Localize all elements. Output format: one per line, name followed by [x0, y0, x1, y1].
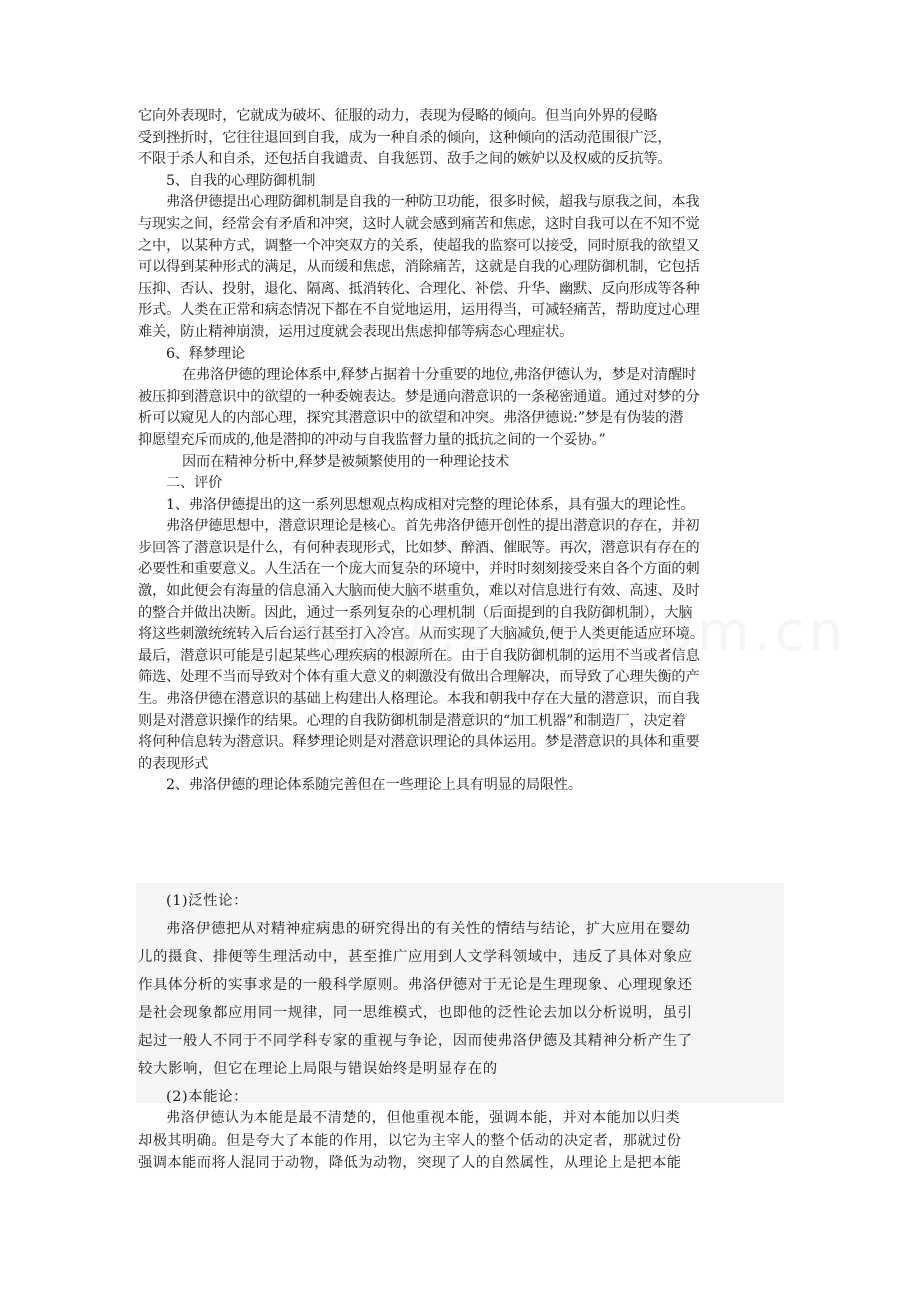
text-line: 筛选、处理不当而导致对个体有重大意义的刺激没有做出合理解决，而导致了心理失衡的产 — [138, 667, 784, 689]
text-line: 生。弗洛伊德在潜意识的基础上构建出人格理论。本我和朝我中存在大量的潜意识，而自我 — [138, 689, 784, 711]
text-line: 较大影响，但它在理论上局限与错误始终是明显存在的 — [138, 1055, 784, 1083]
text-line: 1、弗洛伊德提出的这一系列思想观点构成相对完整的理论体系，具有强大的理论性。 — [138, 495, 784, 517]
document-body: 它向外表现时，它就成为破坏、征服的动力，表现为侵略的倾向。但当向外界的侵略受到挫… — [138, 106, 784, 797]
text-line: 则是对潜意识操作的结果。心理的自我防御机制是潜意识的“加工机器”和制造厂，决定着 — [138, 711, 784, 733]
text-line: 弗洛伊德认为本能是最不清楚的，但他重视本能，强调本能，并对本能加以归类 — [138, 1107, 784, 1130]
text-line: 激，如此便会有海量的信息涌入大脑而使大脑不堪重负，难以对信息进行有效、高速、及时 — [138, 581, 784, 603]
text-line: 将何种信息转为潜意识。释梦理论则是对潜意识理论的具体运用。梦是潜意识的具体和重要 — [138, 732, 784, 754]
text-line: 2、弗洛伊德的理论体系随完善但在一些理论上具有明显的局限性。 — [138, 775, 784, 797]
document-body-continued: 弗洛伊德认为本能是最不清楚的，但他重视本能，强调本能，并对本能加以归类却极其明确… — [138, 1107, 784, 1175]
text-line: 步回答了潜意识是什么，有何种表现形式，比如梦、醉酒、催眠等。再次，潜意识有存在的 — [138, 538, 784, 560]
text-line: 弗洛伊德把从对精神症病患的研究得出的有关性的情结与结论，扩大应用在婴幼 — [138, 915, 784, 943]
text-line: 5、自我的心理防御机制 — [138, 171, 784, 193]
text-line: 在弗洛伊德的理论体系中,释梦占据着十分重要的地位,弗洛伊德认为，梦是对清醒时 — [138, 365, 784, 387]
text-line: 6、释梦理论 — [138, 344, 784, 366]
text-line: 抑愿望充斥而成的,他是潜抑的冲动与自我监督力量的抵抗之间的一个妥协。” — [138, 430, 784, 452]
text-line: 将这些刺激统统转入后台运行甚至打入冷宫。从而实现了大脑减负,便于人类更能适应环境… — [138, 624, 784, 646]
text-line: 弗洛伊德提出心理防御机制是自我的一种防卫功能，很多时候，超我与原我之间，本我 — [138, 192, 784, 214]
text-line: 是社会现象都应用同一规律，同一思维模式，也即他的泛性论去加以分析说明，虽引 — [138, 999, 784, 1027]
text-line: 不限于杀人和自杀，还包括自我谴责、自我惩罚、敌手之间的嫉妒以及权威的反抗等。 — [138, 149, 784, 171]
text-line: (1)泛性论： — [138, 887, 784, 915]
text-line: 二、评价 — [138, 473, 784, 495]
text-line: 析可以窥见人的内部心理，探究其潜意识中的欲望和冲突。弗洛伊德说:”梦是有伪装的潜 — [138, 408, 784, 430]
text-line: 形式。人类在正常和病态情况下都在不自觉地运用，运用得当，可减轻痛苦，帮助度过心理 — [138, 300, 784, 322]
text-line: 最后，潜意识可能是引起某些心理疾病的根源所在。由于自我防御机制的运用不当或者信息 — [138, 646, 784, 668]
text-line: 压抑、否认、投射，退化、隔离、抵消转化、合理化、补偿、升华、幽默、反向形成等各种 — [138, 279, 784, 301]
text-line: 之中，以某种方式，调整一个冲突双方的关系，使超我的监察可以接受，同时原我的欲望又 — [138, 236, 784, 258]
text-line: 却极其明确。但是夸大了本能的作用，以它为主宰人的整个佸动的决定者，那就过份 — [138, 1130, 784, 1153]
text-line: 可以得到某种形式的满足，从而缓和焦虑，消除痛苦，这就是自我的心理防御机制，它包括 — [138, 257, 784, 279]
text-line: 起过一般人不同于不同学科专家的重视与争论，因而使弗洛伊德及其精神分析产生了 — [138, 1027, 784, 1055]
text-line: 作具体分析的实事求是的一般科学原则。弗洛伊德对于无论是生理现象、心理现象还 — [138, 971, 784, 999]
text-line: 强调本能而将人混同于动物，降低为动物，突现了人的自然属性，从理论上是把本能 — [138, 1152, 784, 1175]
text-line: 的整合并做出决断。因此，通过一系列复杂的心理机制（后面提到的自我防御机制），大脑 — [138, 603, 784, 625]
text-line: 它向外表现时，它就成为破坏、征服的动力，表现为侵略的倾向。但当向外界的侵略 — [138, 106, 784, 128]
text-line: 被压抑到潜意识中的欲望的一种委婉表达。梦是通向潜意识的一条秘密通道。通过对梦的分 — [138, 387, 784, 409]
text-line: 儿的摄食、排便等生理活动中，甚至推广应用到人文学科领域中，违反了具体对象应 — [138, 943, 784, 971]
text-line: 的表现形式 — [138, 754, 784, 776]
text-line: 难关，防止精神崩溃，运用过度就会表现出焦虑抑郁等病态心理症状。 — [138, 322, 784, 344]
text-line: 与现实之间，经常会有矛盾和冲突，这时人就会感到痛苦和焦虑，这时自我可以在不知不觉 — [138, 214, 784, 236]
text-line: 弗洛伊德思想中，潜意识理论是核心。首先弗洛伊德开创性的提出潜意识的存在，并初 — [138, 516, 784, 538]
text-line: 因而在精神分析中,释梦是被频繁使用的一种理论技术 — [138, 452, 784, 474]
shaded-section: (1)泛性论：弗洛伊德把从对精神症病患的研究得出的有关性的情结与结论，扩大应用在… — [138, 887, 784, 1111]
text-line: 受到挫折时，它往往退回到自我，成为一种自杀的倾向，这种倾向的活动范围很广泛， — [138, 128, 784, 150]
text-line: 必要性和重要意义。人生活在一个庞大而复杂的环境中，并时时刻刻接受来自各个方面的刺 — [138, 559, 784, 581]
